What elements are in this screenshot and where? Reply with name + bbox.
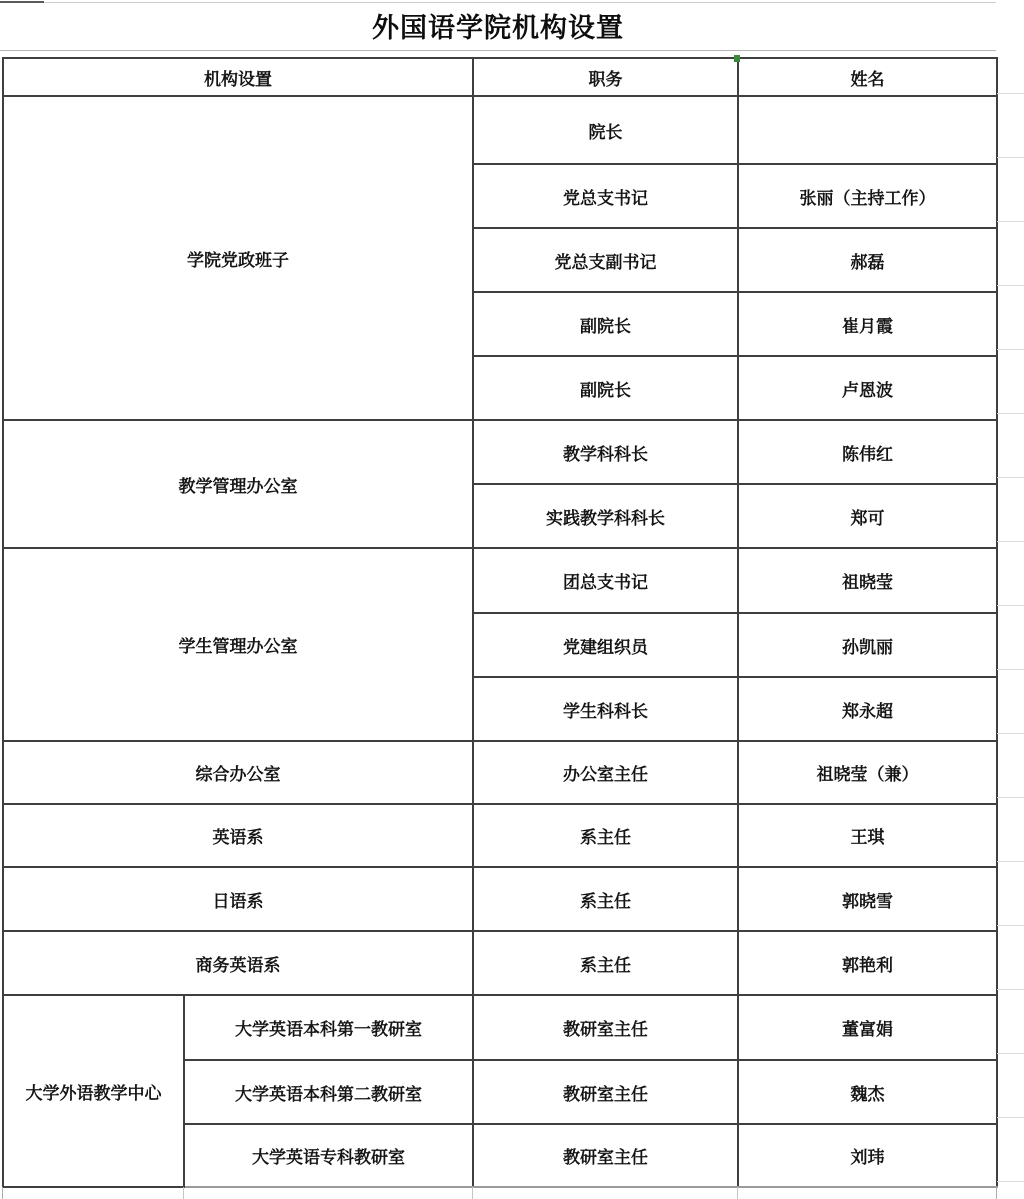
- position-cell: 党总支书记: [473, 164, 738, 228]
- name-cell: 刘玮: [738, 1124, 997, 1187]
- position-cell: 实践教学科科长: [473, 484, 738, 548]
- position-cell: 院长: [473, 96, 738, 164]
- top-cropped-row-line: [0, 2, 996, 3]
- org-cell: 英语系: [3, 804, 473, 867]
- position-cell: 党总支副书记: [473, 228, 738, 292]
- position-cell: 团总支书记: [473, 548, 738, 613]
- name-cell: 郑永超: [738, 677, 997, 741]
- org-structure-table: 机构设置 职务 姓名 学院党政班子 院长 党总支书记 张丽（主持工作） 党总支副…: [2, 57, 998, 1188]
- name-cell: 王琪: [738, 804, 997, 867]
- position-cell: 系主任: [473, 804, 738, 867]
- cropped-next-row-gridline: [2, 1187, 3, 1199]
- table-row: 英语系 系主任 王琪: [3, 804, 997, 867]
- name-cell: 张丽（主持工作）: [738, 164, 997, 228]
- position-cell: 学生科科长: [473, 677, 738, 741]
- document-page: 外国语学院机构设置 机构设置 职务 姓名 学院党政班子 院长 党总支书记 张丽（…: [0, 0, 1024, 1199]
- cropped-next-column-gridlines: [997, 93, 1024, 1186]
- cell-selection-marker: [734, 55, 740, 62]
- table-header-row: 机构设置 职务 姓名: [3, 58, 997, 96]
- name-cell: 卢恩波: [738, 356, 997, 420]
- table-row: 教学管理办公室 教学科科长 陈伟红: [3, 420, 997, 484]
- table-row: 学生管理办公室 团总支书记 祖晓莹: [3, 548, 997, 613]
- cropped-next-row-gridline: [472, 1187, 473, 1199]
- position-cell: 教研室主任: [473, 1124, 738, 1187]
- position-cell: 系主任: [473, 931, 738, 995]
- table-row: 日语系 系主任 郭晓雪: [3, 867, 997, 931]
- header-position: 职务: [473, 58, 738, 96]
- name-cell: 董富娟: [738, 995, 997, 1060]
- name-cell: 魏杰: [738, 1060, 997, 1124]
- name-cell: 祖晓莹: [738, 548, 997, 613]
- org-cell: 学院党政班子: [3, 96, 473, 420]
- suborg-cell: 大学英语本科第二教研室: [184, 1060, 473, 1124]
- name-cell: 郝磊: [738, 228, 997, 292]
- header-org: 机构设置: [3, 58, 473, 96]
- position-cell: 副院长: [473, 356, 738, 420]
- header-name: 姓名: [738, 58, 997, 96]
- name-cell: 郭晓雪: [738, 867, 997, 931]
- name-cell: 郑可: [738, 484, 997, 548]
- name-cell: 郭艳利: [738, 931, 997, 995]
- org-cell: 教学管理办公室: [3, 420, 473, 548]
- org-cell: 学生管理办公室: [3, 548, 473, 741]
- suborg-cell: 大学英语本科第一教研室: [184, 995, 473, 1060]
- table-row: 综合办公室 办公室主任 祖晓莹（兼）: [3, 741, 997, 804]
- org-cell: 大学外语教学中心: [3, 995, 184, 1187]
- page-title: 外国语学院机构设置: [0, 6, 996, 51]
- position-cell: 系主任: [473, 867, 738, 931]
- name-cell: 陈伟红: [738, 420, 997, 484]
- name-cell: 祖晓莹（兼）: [738, 741, 997, 804]
- table-row: 学院党政班子 院长: [3, 96, 997, 164]
- position-cell: 教学科科长: [473, 420, 738, 484]
- position-cell: 教研室主任: [473, 995, 738, 1060]
- position-cell: 教研室主任: [473, 1060, 738, 1124]
- org-cell: 商务英语系: [3, 931, 473, 995]
- cropped-next-row-gridline: [183, 1187, 184, 1199]
- suborg-cell: 大学英语专科教研室: [184, 1124, 473, 1187]
- name-cell: [738, 96, 997, 164]
- position-cell: 党建组织员: [473, 613, 738, 677]
- table-row: 大学外语教学中心 大学英语本科第一教研室 教研室主任 董富娟: [3, 995, 997, 1060]
- position-cell: 副院长: [473, 292, 738, 356]
- cropped-next-row-gridline: [737, 1187, 738, 1199]
- top-cropped-row-line-dark: [0, 1, 44, 3]
- org-cell: 日语系: [3, 867, 473, 931]
- position-cell: 办公室主任: [473, 741, 738, 804]
- name-cell: 崔月霞: [738, 292, 997, 356]
- table-row: 商务英语系 系主任 郭艳利: [3, 931, 997, 995]
- cropped-next-row-gridline: [996, 1187, 997, 1199]
- org-cell: 综合办公室: [3, 741, 473, 804]
- name-cell: 孙凯丽: [738, 613, 997, 677]
